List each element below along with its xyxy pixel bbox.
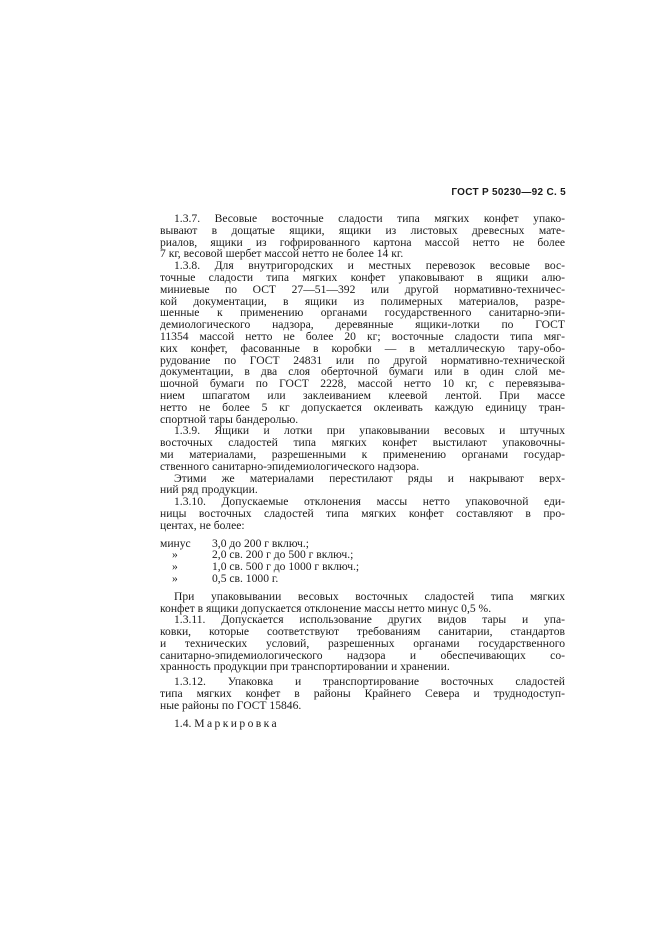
text-line: ми материалами, разрешенными к применени… [160, 449, 565, 461]
ditto-marker: » [160, 573, 212, 585]
paragraph-1-3-11: 1.3.11. Допускается использование других… [160, 614, 565, 673]
paragraph-1-3-9-continued: Этими же материалами перестилают ряды и … [160, 473, 565, 497]
text-line: хранность продукции при транспортировани… [160, 661, 565, 673]
ditto-marker: » [160, 561, 212, 573]
section-heading-1-4: 1.4. Маркировка [160, 718, 565, 730]
text-line: ные районы по ГОСТ 15846. [160, 700, 565, 712]
text-line: 11354 массой нетто не более 20 кг; восто… [160, 331, 565, 343]
section-title: Маркировка [194, 717, 279, 730]
text-line: ких конфет, фасованные в коробки — в мет… [160, 343, 565, 355]
text-line: При упаковывании весовых восточных сладо… [160, 591, 565, 603]
paragraph-1-3-10-continued: При упаковывании весовых восточных сладо… [160, 591, 565, 615]
paragraph-1-3-7: 1.3.7. Весовые восточные сладости типа м… [160, 213, 565, 260]
text-line: ственного санитарно-эпидемиологического … [160, 461, 565, 473]
text-line: центах, не более: [160, 520, 565, 532]
list-marker: минус [160, 538, 212, 550]
section-number: 1.4. [174, 717, 191, 730]
paragraph-1-3-9: 1.3.9. Ящики и лотки при упаковывании ве… [160, 425, 565, 472]
text-line: миниевые по ОСТ 27—51—392 или другой нор… [160, 284, 565, 296]
list-item: » 0,5 св. 1000 г. [160, 573, 565, 585]
running-header: ГОСТ Р 50230—92 С. 5 [400, 187, 566, 198]
document-body: 1.3.7. Весовые восточные сладости типа м… [160, 213, 565, 729]
text-line: нетто не более 5 кг допускается оклеиват… [160, 402, 565, 414]
text-line: точные сладости типа мягких конфет упако… [160, 272, 565, 284]
text-line: и технических условий, разрешенных орган… [160, 638, 565, 650]
text-line: вывают в дощатые ящики, ящики из листовы… [160, 225, 565, 237]
text-line: ницы восточных сладостей типа мягких кон… [160, 508, 565, 520]
ditto-marker: » [160, 549, 212, 561]
paragraph-1-3-12: 1.3.12. Упаковка и транспортирование вос… [160, 676, 565, 711]
paragraph-1-3-8: 1.3.8. Для внутригородских и местных пер… [160, 260, 565, 425]
tolerance-list: минус 3,0 до 200 г включ.; » 2,0 св. 200… [160, 538, 565, 585]
text-line: нием шпагатом или заклеиванием клеевой л… [160, 390, 565, 402]
paragraph-1-3-10: 1.3.10. Допускаемые отклонения массы нет… [160, 496, 565, 531]
list-text: 0,5 св. 1000 г. [212, 573, 278, 585]
